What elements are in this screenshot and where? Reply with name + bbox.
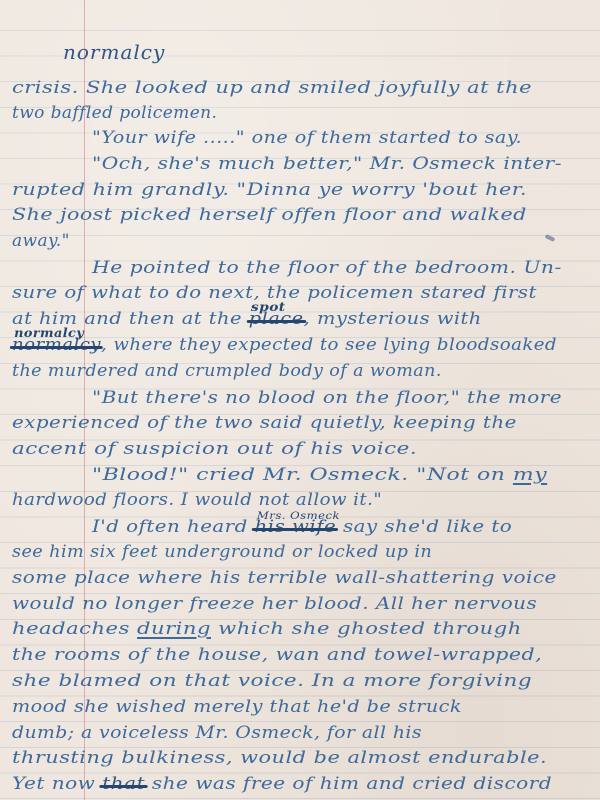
line-text: "But there's no blood on the floor," the…: [92, 388, 562, 408]
line-text: the murdered and crumpled body of a woma…: [12, 361, 442, 381]
line-text: "Your wife ....." one of them started to…: [92, 128, 522, 148]
line-text: crisis. She looked up and smiled joyfull…: [12, 78, 532, 98]
line-text: mood she wished merely that he'd be stru…: [12, 697, 462, 717]
manuscript-line: "Blood!" cried Mr. Osmeck. "Not on my: [92, 465, 547, 485]
manuscript-line: Yet now that she was free of him and cri…: [12, 774, 552, 794]
manuscript-line: normalcynormalcy, where they expected to…: [12, 335, 557, 355]
line-text: two baffled policemen.: [12, 103, 217, 123]
line-text: She joost picked herself offen floor and…: [12, 205, 527, 225]
manuscript-line: dumb; a voiceless Mr. Osmeck, for all hi…: [12, 723, 422, 743]
line-text: hardwood floors. I would not allow it.": [12, 490, 382, 510]
line-text: would no longer freeze her blood. All he…: [12, 594, 537, 614]
manuscript-line: "But there's no blood on the floor," the…: [92, 388, 562, 408]
manuscript-line: She joost picked herself offen floor and…: [12, 205, 527, 225]
line-text: which she ghosted through: [211, 619, 522, 639]
underlined-word: my: [513, 465, 547, 485]
manuscript-page: normalcy crisis. She looked up and smile…: [0, 0, 600, 800]
line-text: she blamed on that voice. In a more forg…: [12, 671, 532, 691]
manuscript-line: the rooms of the house, wan and towel-wr…: [12, 645, 542, 665]
line-text: rupted him grandly. "Dinna ye worry 'bou…: [12, 180, 527, 200]
line-text: "Och, she's much better," Mr. Osmeck int…: [92, 154, 562, 174]
manuscript-line: the murdered and crumpled body of a woma…: [12, 361, 442, 381]
manuscript-line: crisis. She looked up and smiled joyfull…: [12, 78, 532, 98]
manuscript-line: hardwood floors. I would not allow it.": [12, 490, 382, 510]
revision: normalcynormalcy: [12, 335, 101, 355]
line-text: say she'd like to: [336, 517, 512, 537]
line-text: away.": [12, 231, 70, 251]
manuscript-line: rupted him grandly. "Dinna ye worry 'bou…: [12, 180, 527, 200]
revision: that: [102, 774, 145, 794]
manuscript-line: mood she wished merely that he'd be stru…: [12, 697, 462, 717]
manuscript-line: see him six feet underground or locked u…: [12, 542, 432, 562]
manuscript-line: experienced of the two said quietly, kee…: [12, 413, 517, 433]
manuscript-line: accent of suspicion out of his voice.: [12, 439, 417, 459]
line-text: , where they expected to see lying blood…: [101, 335, 557, 355]
manuscript-line: would no longer freeze her blood. All he…: [12, 594, 537, 614]
ink-smudge: [545, 234, 556, 242]
line-text: dumb; a voiceless Mr. Osmeck, for all hi…: [12, 723, 422, 743]
manuscript-line: she blamed on that voice. In a more forg…: [12, 671, 532, 691]
inserted-word: spot: [251, 300, 286, 314]
line-text: experienced of the two said quietly, kee…: [12, 413, 517, 433]
manuscript-line: headaches during which she ghosted throu…: [12, 619, 522, 639]
manuscript-line: away.": [12, 231, 70, 251]
line-text: I'd often heard: [92, 517, 255, 537]
line-text: He pointed to the floor of the bedroom. …: [92, 258, 562, 278]
line-text: thrusting bulkiness, would be almost end…: [12, 748, 547, 768]
line-text: see him six feet underground or locked u…: [12, 542, 432, 562]
manuscript-line: thrusting bulkiness, would be almost end…: [12, 748, 547, 768]
inserted-word: Mrs. Osmeck: [257, 511, 340, 522]
manuscript-line: "Your wife ....." one of them started to…: [92, 128, 522, 148]
struck-word: that: [102, 774, 145, 794]
manuscript-line: He pointed to the floor of the bedroom. …: [92, 258, 562, 278]
line-text: , mysterious with: [304, 309, 482, 329]
line-text: some place where his terrible wall-shatt…: [12, 568, 557, 588]
manuscript-line: "Och, she's much better," Mr. Osmeck int…: [92, 154, 562, 174]
line-text: the rooms of the house, wan and towel-wr…: [12, 645, 542, 665]
line-text: she was free of him and cried discord: [145, 774, 552, 794]
revision: placespot: [249, 309, 304, 329]
manuscript-line: two baffled policemen.: [12, 103, 217, 123]
manuscript-line: I'd often heard his wifeMrs. Osmeck say …: [92, 517, 512, 537]
underlined-word: during: [137, 619, 211, 639]
revision: his wifeMrs. Osmeck: [255, 517, 337, 537]
inserted-word: normalcy: [14, 326, 84, 340]
page-heading: normalcy: [63, 40, 165, 64]
line-text: accent of suspicion out of his voice.: [12, 439, 417, 459]
line-text: "Blood!" cried Mr. Osmeck. "Not on: [92, 465, 513, 485]
manuscript-line: some place where his terrible wall-shatt…: [12, 568, 557, 588]
line-text: Yet now: [12, 774, 102, 794]
line-text: headaches: [12, 619, 137, 639]
